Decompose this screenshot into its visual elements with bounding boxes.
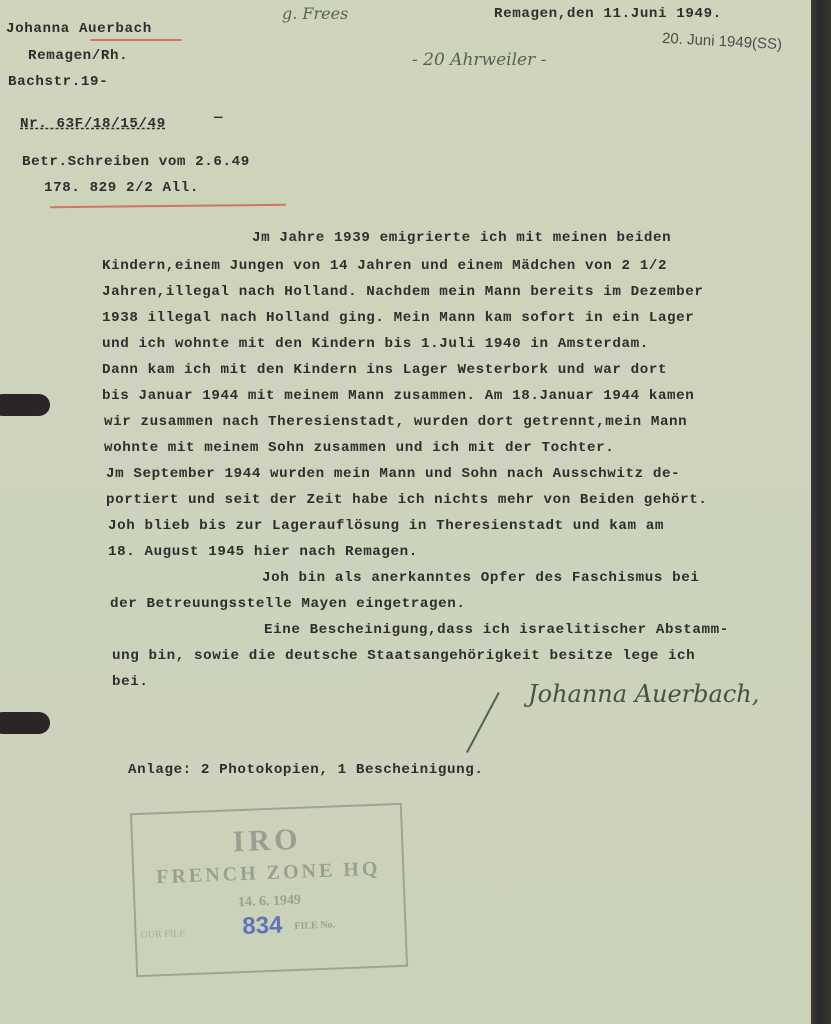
stamp-file-label: FILE No. [294,919,335,932]
stamp-org: IRO [133,819,402,863]
body-line: Kindern,einem Jungen von 14 Jahren und e… [102,258,667,274]
red-underline [90,39,182,41]
body-line: und ich wohnte mit den Kindern bis 1.Jul… [102,336,649,352]
body-line: Joh bin als anerkanntes Opfer des Faschi… [262,570,699,586]
body-line: bis Januar 1944 mit meinem Mann zusammen… [102,388,694,404]
body-line: wir zusammen nach Theresienstadt, wurden… [104,414,687,430]
body-line: wohnte mit meinem Sohn zusammen und ich … [104,440,614,456]
body-line: Jahren,illegal nach Holland. Nachdem mei… [102,284,704,300]
body-line: portiert und seit der Zeit habe ich nich… [106,492,708,508]
punch-hole [0,394,50,416]
handwritten-note: - 20 Ahrweiler - [412,50,546,70]
body-line: Joh blieb bis zur Lagerauflösung in Ther… [108,518,664,534]
signature-stroke [466,692,500,753]
body-line: Jm Jahre 1939 emigrierte ich mit meinen … [252,230,671,246]
enclosure-line: Anlage: 2 Photokopien, 1 Bescheinigung. [128,762,483,778]
sender-name: Johanna Auerbach [6,21,152,37]
stamp-file-number: 834 [242,912,283,942]
reference-number: Nr. 63F/18/15/49 [20,116,166,132]
dash-mark: — [214,110,223,126]
place-date: Remagen,den 11.Juni 1949. [494,6,722,22]
subject-line-ref: 178. 829 2/2 All. [44,180,199,196]
body-line: der Betreuungsstelle Mayen eingetragen. [110,596,465,612]
signature: Johanna Auerbach, [528,680,759,708]
body-line: 18. August 1945 hier nach Remagen. [108,544,418,560]
sender-street: Bachstr.19- [8,74,108,90]
punch-hole [0,712,50,734]
body-line: bei. [112,674,148,690]
letter-page: Johanna Auerbach Remagen/Rh. Bachstr.19-… [0,0,813,1024]
body-line: ung bin, sowie die deutsche Staatsangehö… [112,648,695,664]
body-line: 1938 illegal nach Holland ging. Mein Man… [102,310,694,326]
handwritten-initials: g. Frees [282,4,348,23]
stamp-office: FRENCH ZONE HQ [134,857,403,890]
sender-city: Remagen/Rh. [28,48,128,64]
body-line: Dann kam ich mit den Kindern ins Lager W… [102,362,667,378]
subject-line: Betr.Schreiben vom 2.6.49 [22,154,250,170]
page-edge-shadow [811,0,831,1024]
red-underline [50,204,286,208]
iro-file-stamp: IRO FRENCH ZONE HQ 14. 6. 1949 OUR FILE … [130,803,408,977]
body-line: Jm September 1944 wurden mein Mann und S… [106,466,680,482]
stamp-left-label: OUR FILE [140,928,185,941]
body-line: Eine Bescheinigung,dass ich israelitisch… [264,622,729,638]
received-date-stamp: 20. Juni 1949(SS) [662,30,783,53]
